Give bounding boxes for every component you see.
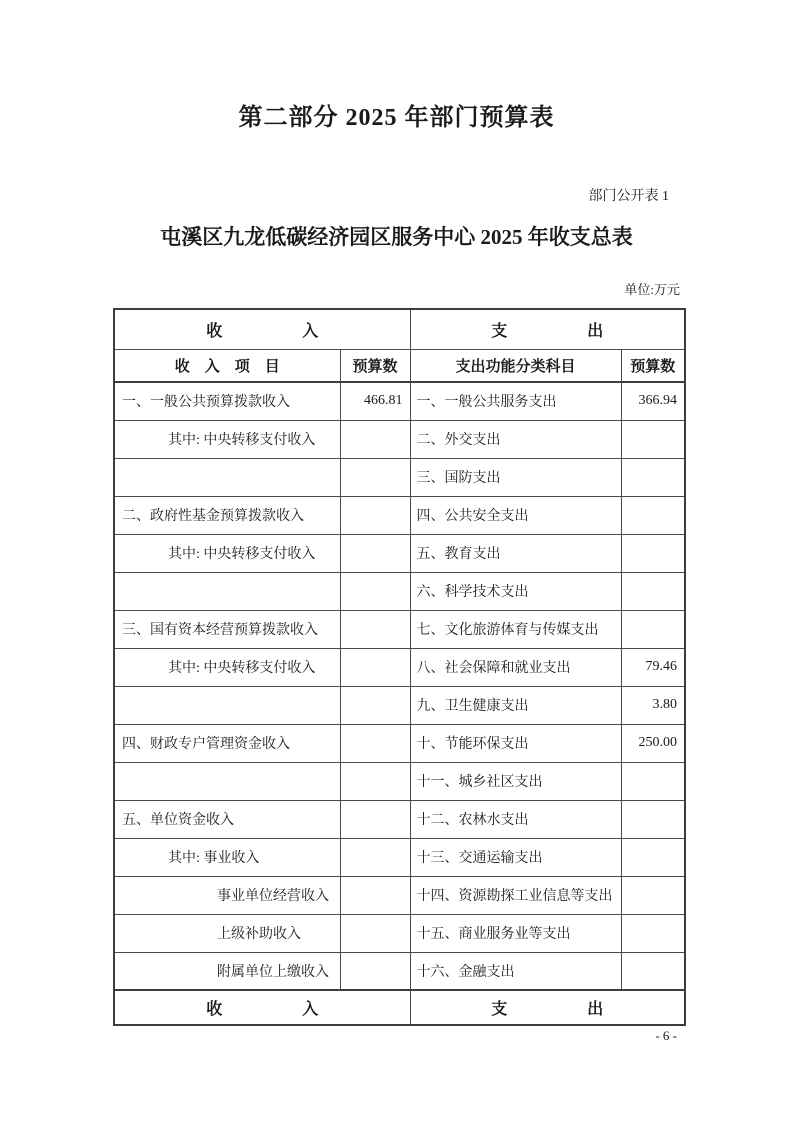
income-item-cell: [114, 762, 340, 800]
expense-header-cell: 支 出: [410, 309, 685, 349]
expense-footer-cell: 支 出: [410, 990, 685, 1025]
income-value-cell: [340, 838, 410, 876]
table-row: 上级补助收入 十五、商业服务业等支出: [114, 914, 685, 952]
expense-item-cell: 十一、城乡社区支出: [410, 762, 621, 800]
unit-note: 单位:万元: [624, 279, 680, 298]
income-item-cell: 一、一般公共预算拨款收入: [114, 382, 340, 420]
income-item-cell: 其中: 事业收入: [114, 838, 340, 876]
expense-value-cell: [621, 610, 685, 648]
income-value-cell: [340, 648, 410, 686]
expense-value-cell: [621, 800, 685, 838]
table-row: 十一、城乡社区支出: [114, 762, 685, 800]
table-row: 事业单位经营收入 十四、资源勘探工业信息等支出: [114, 876, 685, 914]
expense-item-cell: 九、卫生健康支出: [410, 686, 621, 724]
income-value-cell: [340, 952, 410, 990]
expense-value-cell: [621, 762, 685, 800]
expense-item-header: 支出功能分类科目: [410, 349, 621, 382]
income-value-cell: [340, 800, 410, 838]
expense-value-cell: 79.46: [621, 648, 685, 686]
income-value-cell: [340, 762, 410, 800]
table-header-row: 收 入 支 出: [114, 309, 685, 349]
table-row: 其中: 中央转移支付收入 八、社会保障和就业支出 79.46: [114, 648, 685, 686]
expense-budget-header: 预算数: [621, 349, 685, 382]
table-row: 附属单位上缴收入 十六、金融支出: [114, 952, 685, 990]
table-row: 二、政府性基金预算拨款收入 四、公共安全支出: [114, 496, 685, 534]
expense-item-cell: 八、社会保障和就业支出: [410, 648, 621, 686]
expense-value-cell: 366.94: [621, 382, 685, 420]
income-value-cell: [340, 420, 410, 458]
table-row: 其中: 事业收入 十三、交通运输支出: [114, 838, 685, 876]
table-row: 三、国防支出: [114, 458, 685, 496]
table-footer-row: 收 入 支 出: [114, 990, 685, 1025]
income-value-cell: [340, 914, 410, 952]
income-value-cell: [340, 496, 410, 534]
expense-item-cell: 六、科学技术支出: [410, 572, 621, 610]
income-header-cell: 收 入: [114, 309, 410, 349]
income-item-cell: [114, 686, 340, 724]
expense-value-cell: [621, 914, 685, 952]
income-footer-cell: 收 入: [114, 990, 410, 1025]
income-item-cell: 五、单位资金收入: [114, 800, 340, 838]
income-value-cell: [340, 686, 410, 724]
income-item-cell: 上级补助收入: [114, 914, 340, 952]
table-row: 九、卫生健康支出 3.80: [114, 686, 685, 724]
income-value-cell: [340, 876, 410, 914]
income-item-cell: [114, 572, 340, 610]
expense-value-cell: [621, 838, 685, 876]
table-title: 屯溪区九龙低碳经济园区服务中心 2025 年收支总表: [0, 221, 793, 251]
income-item-cell: 二、政府性基金预算拨款收入: [114, 496, 340, 534]
expense-value-cell: [621, 458, 685, 496]
page-number: - 6 -: [655, 1028, 677, 1044]
expense-item-cell: 十二、农林水支出: [410, 800, 621, 838]
table-row: 一、一般公共预算拨款收入 466.81 一、一般公共服务支出 366.94: [114, 382, 685, 420]
income-item-cell: 其中: 中央转移支付收入: [114, 420, 340, 458]
expense-value-cell: [621, 572, 685, 610]
income-value-cell: 466.81: [340, 382, 410, 420]
page-title: 第二部分 2025 年部门预算表: [0, 97, 793, 132]
expense-value-cell: [621, 876, 685, 914]
expense-item-cell: 十四、资源勘探工业信息等支出: [410, 876, 621, 914]
expense-value-cell: [621, 496, 685, 534]
expense-value-cell: [621, 420, 685, 458]
table-row: 五、单位资金收入 十二、农林水支出: [114, 800, 685, 838]
expense-item-cell: 三、国防支出: [410, 458, 621, 496]
table-row: 三、国有资本经营预算拨款收入 七、文化旅游体育与传媒支出: [114, 610, 685, 648]
income-item-cell: 其中: 中央转移支付收入: [114, 648, 340, 686]
income-item-cell: 事业单位经营收入: [114, 876, 340, 914]
budget-table: 收 入 支 出 收 入 项 目 预算数 支出功能分类科目 预算数 一、一般公共预…: [113, 308, 686, 1026]
table-label: 部门公开表 1: [589, 185, 670, 205]
expense-item-cell: 七、文化旅游体育与传媒支出: [410, 610, 621, 648]
income-value-cell: [340, 458, 410, 496]
expense-item-cell: 二、外交支出: [410, 420, 621, 458]
income-value-cell: [340, 610, 410, 648]
income-item-cell: 其中: 中央转移支付收入: [114, 534, 340, 572]
income-item-cell: 四、财政专户管理资金收入: [114, 724, 340, 762]
expense-item-cell: 十五、商业服务业等支出: [410, 914, 621, 952]
expense-item-cell: 十六、金融支出: [410, 952, 621, 990]
expense-item-cell: 四、公共安全支出: [410, 496, 621, 534]
expense-value-cell: 3.80: [621, 686, 685, 724]
income-item-cell: [114, 458, 340, 496]
table-row: 四、财政专户管理资金收入 十、节能环保支出 250.00: [114, 724, 685, 762]
column-header-row: 收 入 项 目 预算数 支出功能分类科目 预算数: [114, 349, 685, 382]
expense-item-cell: 五、教育支出: [410, 534, 621, 572]
table-row: 其中: 中央转移支付收入 五、教育支出: [114, 534, 685, 572]
expense-value-cell: [621, 534, 685, 572]
expense-item-cell: 十、节能环保支出: [410, 724, 621, 762]
table-row: 其中: 中央转移支付收入 二、外交支出: [114, 420, 685, 458]
income-value-cell: [340, 724, 410, 762]
expense-value-cell: [621, 952, 685, 990]
income-item-cell: 三、国有资本经营预算拨款收入: [114, 610, 340, 648]
income-budget-header: 预算数: [340, 349, 410, 382]
expense-item-cell: 一、一般公共服务支出: [410, 382, 621, 420]
table-row: 六、科学技术支出: [114, 572, 685, 610]
income-value-cell: [340, 534, 410, 572]
income-item-cell: 附属单位上缴收入: [114, 952, 340, 990]
income-item-header: 收 入 项 目: [114, 349, 340, 382]
expense-value-cell: 250.00: [621, 724, 685, 762]
income-value-cell: [340, 572, 410, 610]
expense-item-cell: 十三、交通运输支出: [410, 838, 621, 876]
